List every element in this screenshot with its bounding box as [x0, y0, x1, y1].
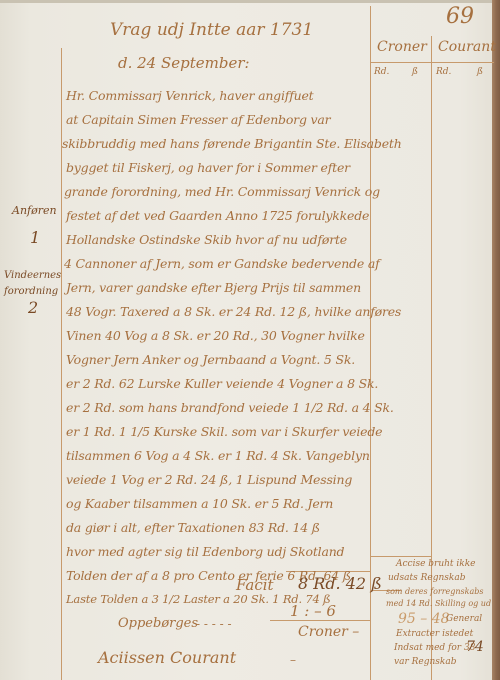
body-line: skibbruddig med hans førende Brigantin S…: [62, 138, 402, 151]
body-line: festet af det ved Gaarden Anno 1725 foru…: [66, 210, 369, 223]
col1-end-rule: [371, 556, 431, 557]
note-line: udsats Regnskab: [388, 574, 466, 583]
margin-note-label-2: Vindeernes forordning: [4, 268, 62, 300]
body-line: at Capitain Simen Fresser af Edenborg va…: [66, 114, 330, 127]
margin-note-number-2: 2: [28, 300, 38, 316]
note-line: som deres forregnskabs: [386, 588, 484, 596]
accise-courant-label: Aciissen Courant: [98, 650, 236, 666]
body-line: veiede 1 Vog er 2 Rd. 24 ß, 1 Lispund Me…: [66, 474, 352, 487]
column-header-courant: Courant: [438, 40, 496, 54]
margin-note-label-1: Anføren: [12, 205, 57, 216]
subtotal-bottom-rule: [270, 620, 370, 621]
note-line: Indsat med for 38: [394, 644, 475, 653]
note-general-label: General: [446, 615, 482, 624]
body-line: Vogner Jern Anker og Jernbaand a Vognt. …: [66, 354, 355, 367]
body-line: tilsammen 6 Vog a 4 Sk. er 1 Rd. 4 Sk. V…: [66, 450, 370, 463]
croner-total-label: Croner –: [298, 625, 359, 639]
facit-label: Facit: [236, 578, 274, 593]
page-number: 69: [446, 6, 474, 28]
body-line: 4 Cannoner af Jern, som er Gandske beder…: [64, 258, 380, 271]
body-line: og Kaaber tilsammen a 10 Sk. er 5 Rd. Je…: [66, 498, 333, 511]
oppeborges-label: Oppebørges: [118, 617, 198, 630]
margin-note-number-1: 1: [30, 230, 40, 246]
col2-unit-rd: Rd.: [436, 68, 451, 77]
note-highlight-amount: 95 – 48: [398, 612, 450, 626]
note-total: 74: [466, 640, 484, 654]
body-line: er 2 Rd. som hans brandfond veiede 1 1/2…: [66, 402, 394, 415]
margin-note-label-2-text: Vindeernes forordning: [4, 270, 61, 297]
note-line: med 14 Rd. Skilling og ud: [386, 600, 491, 608]
body-line: bygget til Fiskerj, og haver for i Somme…: [66, 162, 350, 175]
body-line: Hr. Commissarj Venrick, haver angiffuet: [66, 90, 314, 103]
ledger-date: d. 24 September:: [118, 56, 250, 71]
col2-unit-sk: ß: [477, 68, 483, 77]
subtotal2-value: 1 : – 6: [290, 604, 336, 619]
body-line: grande forordning, med Hr. Commissarj Ve…: [64, 186, 380, 199]
body-line: 48 Vogr. Taxered a 8 Sk. er 24 Rd. 12 ß,…: [66, 306, 401, 319]
column-header-underline: [371, 62, 494, 63]
body-line: Vinen 40 Vog a 8 Sk. er 20 Rd., 30 Vogne…: [66, 330, 365, 343]
page-top-edge: [0, 0, 500, 3]
accise-dash: –: [290, 654, 296, 666]
col1-unit-rd: Rd.: [374, 68, 389, 77]
note-line: Extracter istedet: [396, 630, 473, 639]
ledger-title: Vrag udj Intte aar 1731: [110, 22, 313, 39]
facit-value: 8 Rd. 42 ß: [298, 576, 382, 592]
note-line: Accise bruht ikke: [396, 560, 476, 569]
oppeborges-dashes: - - - - -: [196, 618, 232, 630]
column-header-croner: Croner: [377, 40, 427, 54]
body-line: Jern, varer gandske efter Bjerg Prijs ti…: [66, 282, 361, 295]
note-line: var Regnskab: [394, 658, 456, 667]
book-spine-edge: [492, 0, 500, 680]
body-line: hvor med agter sig til Edenborg udj Skot…: [66, 546, 344, 559]
body-line: er 1 Rd. 1 1/5 Kurske Skil. som var i Sk…: [66, 426, 382, 439]
body-line: Hollandske Ostindske Skib hvor af nu udf…: [66, 234, 347, 247]
body-line: da giør i alt, efter Taxationen 83 Rd. 1…: [66, 522, 320, 535]
col1-unit-sk: ß: [412, 68, 418, 77]
column-divider-currency: [431, 36, 432, 680]
body-line: er 2 Rd. 62 Lurske Kuller veiende 4 Vogn…: [66, 378, 378, 391]
